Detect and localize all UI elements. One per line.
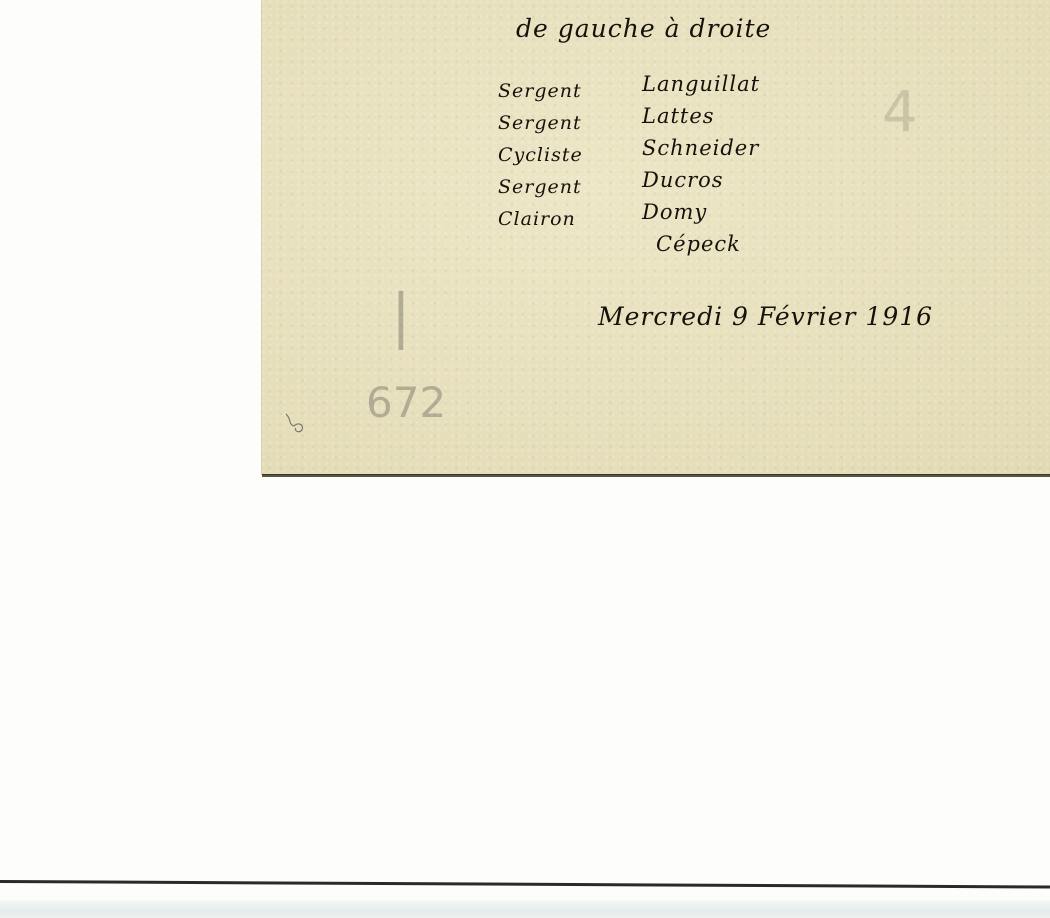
name-entry: Lattes	[642, 100, 760, 132]
name-entry: Domy	[642, 196, 760, 228]
role-entry: Sergent	[498, 108, 583, 140]
name-entry: Cépeck	[642, 228, 760, 260]
pencil-mark: ∣	[386, 282, 416, 352]
caption-heading: de gauche à droite	[516, 14, 771, 43]
names-column: Languillat Lattes Schneider Ducros Domy …	[642, 68, 760, 260]
role-entry	[498, 236, 583, 268]
name-entry: Languillat	[642, 68, 760, 100]
pencil-number: 672	[366, 378, 446, 427]
role-entry: Sergent	[498, 172, 583, 204]
role-entry: Clairon	[498, 204, 583, 236]
edge-strip	[0, 900, 1050, 918]
role-entry: Sergent	[498, 76, 583, 108]
ink-squiggle-icon	[284, 410, 310, 436]
name-entry: Schneider	[642, 132, 760, 164]
name-entry: Ducros	[642, 164, 760, 196]
edge-line	[0, 880, 1050, 888]
scanner-bottom-edge	[0, 880, 1050, 918]
photo-back-card: de gauche à droite Sergent Sergent Cycli…	[262, 0, 1050, 475]
faint-pencil-mark: 4	[882, 80, 918, 145]
role-entry: Cycliste	[498, 140, 583, 172]
caption-date: Mercredi 9 Février 1916	[598, 302, 933, 331]
roles-column: Sergent Sergent Cycliste Sergent Clairon	[498, 76, 583, 268]
